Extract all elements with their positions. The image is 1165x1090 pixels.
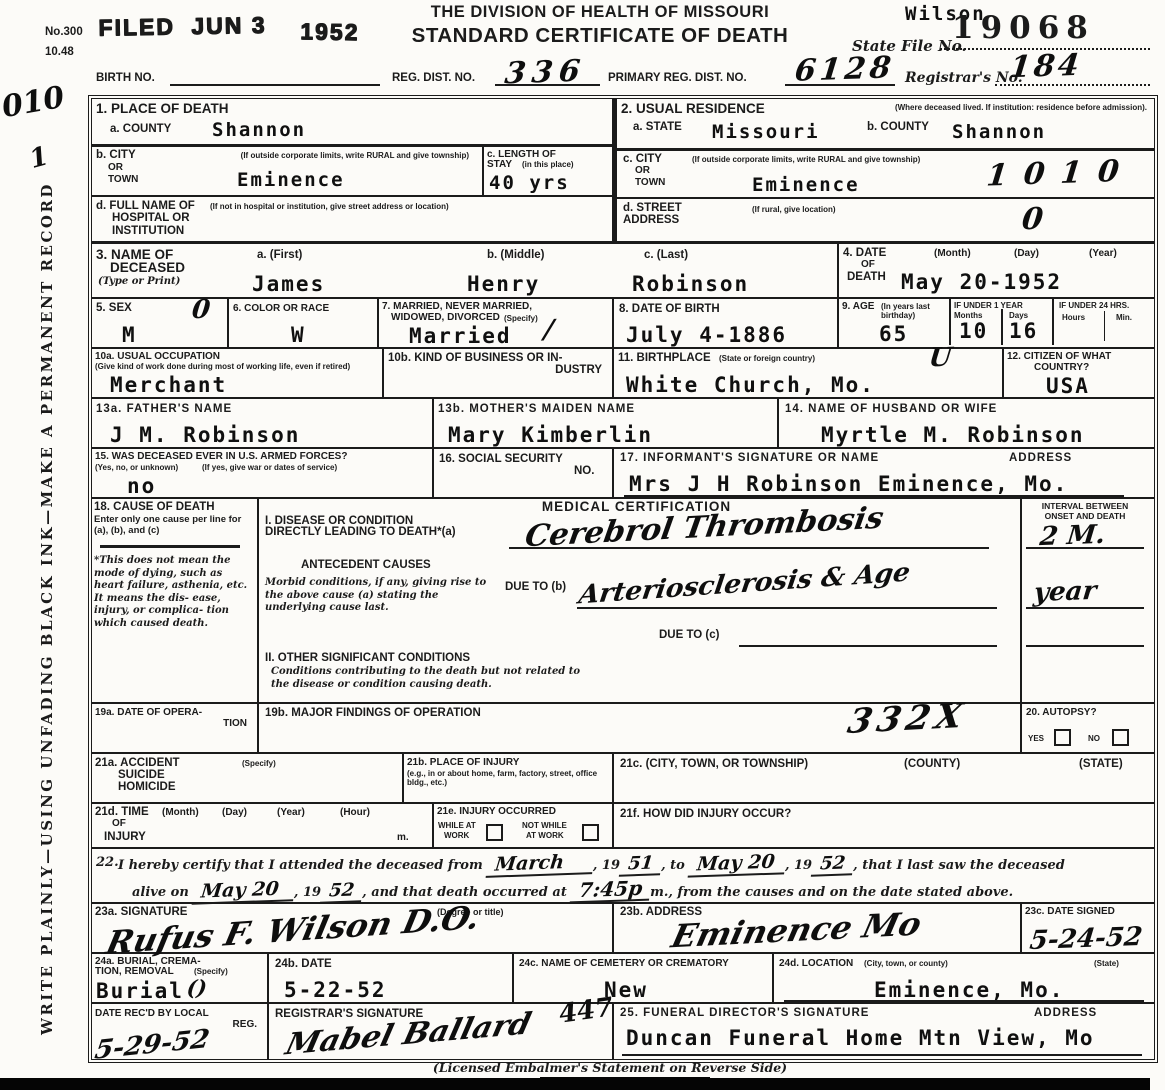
certificate-form: 1. PLACE OF DEATH a. COUNTY Shannon b. C… bbox=[88, 95, 1158, 1063]
margin-handwritten-mark: 010 bbox=[0, 83, 67, 123]
s21c-label: 21c. (CITY, TOWN, OR TOWNSHIP) bbox=[620, 758, 808, 771]
s14-label: 14. NAME OF HUSBAND OR WIFE bbox=[785, 403, 997, 416]
s12-l1: 12. CITIZEN OF WHAT bbox=[1007, 351, 1111, 363]
field-name-of-deceased: 3. NAME OF DECEASED (Type or Print) a. (… bbox=[92, 244, 839, 299]
s24d-label: 24d. LOCATION bbox=[779, 958, 853, 970]
recd-value: 5-29-52 bbox=[93, 1026, 211, 1064]
s7-note: (Specify) bbox=[504, 314, 538, 323]
s21d-l2: OF bbox=[112, 818, 126, 830]
s9-note: (In years last birthday) bbox=[881, 302, 941, 320]
filed-stamp-date: JUN 3 bbox=[191, 11, 267, 38]
s19a-l2: TION bbox=[92, 718, 247, 730]
s1-title: 1. PLACE OF DEATH bbox=[96, 101, 608, 117]
s24d-underline bbox=[784, 1000, 1144, 1002]
field-registrar-signature: REGISTRAR'S SIGNATURE Mabel Ballard 447 bbox=[269, 1004, 614, 1059]
s21e-not-l2: AT WORK bbox=[526, 831, 564, 840]
s22-alive-value: May 20 bbox=[192, 879, 296, 905]
s24d-state-note: (State) bbox=[1094, 959, 1119, 968]
field-color-or-race: 6. COLOR OR RACE W bbox=[229, 299, 379, 349]
field-cemetery-name: 24c. NAME OF CEMETERY OR CREMATORY New bbox=[514, 954, 774, 1004]
s2-county-value: Shannon bbox=[952, 123, 1046, 142]
field-armed-forces: 15. WAS DECEASED EVER IN U.S. ARMED FORC… bbox=[92, 449, 434, 499]
s23a-label: 23a. SIGNATURE bbox=[95, 906, 187, 919]
s22-to-value: May 20 bbox=[688, 852, 787, 877]
primary-reg-dist-blank bbox=[785, 84, 895, 86]
field-physician-signature: 23a. SIGNATURE (Degree or title) Rufus F… bbox=[92, 904, 614, 954]
s2-c-l2: OR bbox=[635, 165, 650, 177]
med-interval-a-value: 2 M. bbox=[1038, 522, 1106, 550]
s17-value: Mrs J H Robinson Eminence, Mo. bbox=[629, 474, 1068, 495]
s19b-label: 19b. MAJOR FINDINGS OF OPERATION bbox=[265, 707, 481, 720]
s13a-value: J M. Robinson bbox=[110, 425, 300, 446]
med-ii-label: II. OTHER SIGNIFICANT CONDITIONS bbox=[265, 652, 470, 665]
s19b-handwritten: 332X bbox=[845, 699, 970, 739]
s21e-not-checkbox bbox=[582, 824, 599, 841]
s21c-county-label: (COUNTY) bbox=[904, 758, 960, 771]
s21a-l3: HOMICIDE bbox=[118, 781, 176, 794]
s9-months-value: 10 bbox=[959, 321, 988, 342]
s1-b-note: (If outside corporate limits, write RURA… bbox=[154, 151, 469, 160]
field-fathers-name: 13a. FATHER'S NAME J M. Robinson bbox=[92, 399, 434, 449]
s18-divider bbox=[100, 545, 240, 548]
s21a-note: (Specify) bbox=[242, 759, 276, 768]
s2-county-label: b. COUNTY bbox=[867, 121, 929, 134]
s24b-label: 24b. DATE bbox=[275, 958, 332, 971]
med-due-to-b-line bbox=[577, 607, 997, 609]
s4-month-label: (Month) bbox=[934, 248, 971, 260]
s25-address-label: ADDRESS bbox=[1034, 1007, 1097, 1020]
field-funeral-director: 25. FUNERAL DIRECTOR'S SIGNATURE ADDRESS… bbox=[614, 1004, 1154, 1059]
s4-l2: OF bbox=[861, 259, 875, 271]
s23c-value: 5-24-52 bbox=[1028, 924, 1143, 954]
regsig-handwritten-number: 447 bbox=[557, 994, 614, 1027]
field-cause-of-death-notes: 18. CAUSE OF DEATH Enter only one cause … bbox=[92, 499, 259, 704]
s9-under24-box: IF UNDER 24 HRS. Hours Min. bbox=[1052, 299, 1154, 345]
footer-note: (Licensed Embalmer's Statement on Revers… bbox=[400, 1060, 820, 1075]
med-interval-c-line bbox=[1026, 645, 1144, 647]
s2-street-handwritten: 0 bbox=[1020, 205, 1044, 236]
s21d-month: (Month) bbox=[162, 807, 199, 819]
s3-first-label: a. (First) bbox=[257, 249, 302, 262]
s1-b-l3: TOWN bbox=[108, 174, 138, 186]
s22-p5: , and that death occurred at bbox=[362, 885, 567, 900]
s3-middle-value: Henry bbox=[467, 274, 540, 295]
s3-l3: (Type or Print) bbox=[98, 276, 180, 289]
s5-label: 5. SEX bbox=[96, 302, 132, 315]
field-date-signed: 23c. DATE SIGNED 5-24-52 bbox=[1022, 904, 1154, 954]
s1-b-l1: b. CITY bbox=[96, 149, 136, 162]
s11-value: White Church, Mo. bbox=[626, 375, 875, 396]
s2-city-value: Eminence bbox=[752, 176, 860, 195]
s8-label: 8. DATE OF BIRTH bbox=[619, 303, 720, 316]
field-date-of-birth: 8. DATE OF BIRTH July 4-1886 bbox=[614, 299, 839, 349]
s25-label: 25. FUNERAL DIRECTOR'S SIGNATURE bbox=[620, 1007, 869, 1020]
s8-value: July 4-1886 bbox=[626, 325, 787, 346]
s2-c-note: (If outside corporate limits, write RURA… bbox=[692, 155, 920, 164]
s10b-l2: DUSTRY bbox=[384, 364, 602, 377]
s23c-label: 23c. DATE SIGNED bbox=[1025, 906, 1115, 918]
s13a-label: 13a. FATHER'S NAME bbox=[96, 403, 232, 416]
s9-months-days-divider bbox=[1001, 309, 1003, 345]
field-usual-residence: 2. USUAL RESIDENCE (Where deceased lived… bbox=[614, 99, 1154, 151]
s22-to-year: 52 bbox=[811, 854, 854, 876]
s1-d-l2: HOSPITAL OR bbox=[112, 212, 190, 225]
margin-handwritten-mark-2: 1 bbox=[27, 143, 51, 173]
field-citizenship: 12. CITIZEN OF WHAT COUNTRY? USA bbox=[1004, 349, 1154, 399]
birth-no-blank bbox=[170, 84, 380, 86]
s2-state-value: Missouri bbox=[712, 123, 820, 142]
field-length-of-stay: c. LENGTH OF STAY (in this place) 40 yrs bbox=[484, 147, 614, 197]
field-birthplace: 11. BIRTHPLACE (State or foreign country… bbox=[614, 349, 1004, 399]
s22-sep19b: , 19 bbox=[785, 858, 812, 873]
field-city-or-town-death: b. CITY OR TOWN (If outside corporate li… bbox=[92, 147, 484, 197]
med-due-to-b-label: DUE TO (b) bbox=[505, 581, 566, 594]
s17-label: 17. INFORMANT'S SIGNATURE OR NAME bbox=[620, 452, 879, 465]
s18-note2: *This does not mean the mode of dying, s… bbox=[94, 555, 249, 630]
s21b-label: 21b. PLACE OF INJURY bbox=[407, 757, 519, 769]
s22-p3: , that I last saw the deceased bbox=[853, 858, 1065, 873]
s21c-state-label: (STATE) bbox=[1079, 758, 1123, 771]
s6-value: W bbox=[291, 325, 306, 346]
s14-value: Myrtle M. Robinson bbox=[821, 425, 1085, 446]
s25-underline bbox=[622, 1054, 1142, 1056]
s1-b-l2: OR bbox=[108, 162, 123, 174]
registrars-no-leader bbox=[995, 84, 1150, 86]
med-interval-a-line bbox=[1026, 547, 1144, 549]
form-number: No.300 bbox=[45, 26, 83, 39]
field-date-of-death: 4. DATE OF DEATH (Month) (Day) (Year) Ma… bbox=[839, 244, 1154, 299]
interval-column: INTERVAL BETWEEN ONSET AND DEATH 2 M. ye… bbox=[1022, 499, 1154, 704]
s22-sep19c: , 19 bbox=[294, 885, 321, 900]
s15-label: 15. WAS DECEASED EVER IN U.S. ARMED FORC… bbox=[95, 451, 347, 463]
field-how-injury-occurred: 21f. HOW DID INJURY OCCUR? bbox=[614, 804, 1154, 849]
s24a-value: Burial bbox=[96, 981, 184, 1002]
s10a-value: Merchant bbox=[110, 375, 227, 396]
filed-stamp-word: FILED bbox=[98, 13, 175, 40]
s22-p2: , to bbox=[661, 858, 685, 873]
s21e-label: 21e. INJURY OCCURRED bbox=[437, 806, 556, 818]
s2-title-note: (Where deceased lived. If institution: r… bbox=[792, 103, 1147, 112]
field-injury-location: 21c. (CITY, TOWN, OR TOWNSHIP) (COUNTY) … bbox=[614, 754, 1154, 804]
field-marital-status: 7. MARRIED, NEVER MARRIED, WIDOWED, DIVO… bbox=[379, 299, 614, 349]
field-social-security-no: 16. SOCIAL SECURITY NO. bbox=[434, 449, 614, 499]
s13b-value: Mary Kimberlin bbox=[448, 425, 653, 446]
s5-handwritten-mark: 0 bbox=[191, 297, 212, 324]
s25-value: Duncan Funeral Home Mtn View, Mo bbox=[626, 1028, 1095, 1049]
s17-address-label: ADDRESS bbox=[1009, 452, 1072, 465]
s21e-not-l1: NOT WHILE bbox=[522, 821, 567, 830]
document-title-line1: THE DIVISION OF HEALTH OF MISSOURI bbox=[370, 3, 830, 22]
death-certificate-scan: No.300 10.48 010 1 WRITE PLAINLY—USING U… bbox=[0, 0, 1165, 1090]
s21d-day: (Day) bbox=[222, 807, 247, 819]
s1-county-value: Shannon bbox=[212, 121, 306, 140]
field-hospital-name: d. FULL NAME OF (If not in hospital or i… bbox=[92, 197, 614, 244]
field-street-address: d. STREET ADDRESS (If rural, give locati… bbox=[614, 199, 1154, 244]
field-kind-of-business: 10b. KIND OF BUSINESS OR IN- DUSTRY bbox=[384, 349, 614, 399]
s24c-label: 24c. NAME OF CEMETERY OR CREMATORY bbox=[519, 958, 729, 970]
field-mothers-maiden-name: 13b. MOTHER'S MAIDEN NAME Mary Kimberlin bbox=[434, 399, 779, 449]
s3-last-label: c. (Last) bbox=[644, 249, 688, 262]
s4-value: May 20-1952 bbox=[901, 272, 1062, 293]
field-cemetery-location: 24d. LOCATION (City, town, or county) (S… bbox=[774, 954, 1154, 1004]
s19a-l1: 19a. DATE OF OPERA- bbox=[95, 707, 202, 719]
s21d-m: m. bbox=[397, 832, 409, 844]
recd-l1: DATE REC'D BY LOCAL bbox=[95, 1008, 209, 1020]
field-burial-type: 24a. BURIAL, CREMA- TION, REMOVAL (Speci… bbox=[92, 954, 269, 1004]
s22-sep19a: , 19 bbox=[593, 858, 620, 873]
med-interval-b-value: year bbox=[1032, 578, 1097, 606]
s13b-label: 13b. MOTHER'S MAIDEN NAME bbox=[438, 403, 635, 416]
s20-no-checkbox bbox=[1112, 729, 1129, 746]
s1-d-l3: INSTITUTION bbox=[112, 225, 184, 238]
s1-city-value: Eminence bbox=[237, 171, 345, 190]
s7-value: Married bbox=[409, 326, 512, 347]
s20-yes-label: YES bbox=[1028, 734, 1044, 743]
s21d-hour: (Hour) bbox=[340, 807, 370, 819]
birth-no-label: BIRTH NO. bbox=[96, 72, 155, 85]
s1-county-label: a. COUNTY bbox=[110, 123, 171, 136]
s9-days-value: 16 bbox=[1009, 321, 1038, 342]
s7-l1: 7. MARRIED, NEVER MARRIED, bbox=[382, 301, 532, 313]
s6-label: 6. COLOR OR RACE bbox=[233, 303, 329, 315]
s21d-year: (Year) bbox=[277, 807, 305, 819]
s24b-value: 5-22-52 bbox=[284, 980, 387, 1001]
s17-underline bbox=[624, 495, 1124, 497]
s1-stay-value: 40 yrs bbox=[489, 174, 570, 193]
s3-last-value: Robinson bbox=[632, 274, 749, 295]
s20-label: 20. AUTOPSY? bbox=[1026, 707, 1097, 719]
filed-stamp-year: 1952 bbox=[300, 18, 360, 46]
margin-instruction-text: WRITE PLAINLY—USING UNFADING BLACK INK—M… bbox=[38, 175, 56, 1035]
s24d-value: Eminence, Mo. bbox=[874, 980, 1064, 1001]
s4-l3: DEATH bbox=[847, 271, 886, 284]
field-time-of-injury: 21d. TIME (Month) (Day) (Year) (Hour) OF… bbox=[92, 804, 434, 849]
s4-year-label: (Year) bbox=[1089, 248, 1117, 260]
med-antecedent-note: Morbid conditions, if any, giving rise t… bbox=[265, 577, 500, 615]
field-informant: 17. INFORMANT'S SIGNATURE OR NAME ADDRES… bbox=[614, 449, 1154, 499]
s2-title: 2. USUAL RESIDENCE bbox=[621, 101, 765, 117]
s22-from-value: March bbox=[485, 852, 594, 878]
form-number-2: 10.48 bbox=[45, 46, 74, 59]
field-husband-or-wife: 14. NAME OF HUSBAND OR WIFE Myrtle M. Ro… bbox=[779, 399, 1154, 449]
s23b-value: Eminence Mo bbox=[669, 908, 925, 953]
s10a-note: (Give kind of work done during most of w… bbox=[95, 362, 375, 371]
s20-yes-checkbox bbox=[1054, 729, 1071, 746]
field-major-findings: 19b. MAJOR FINDINGS OF OPERATION 332X bbox=[259, 704, 1022, 754]
s3-middle-label: b. (Middle) bbox=[487, 249, 545, 262]
field-age: 9. AGE (In years last birthday) 65 IF UN… bbox=[839, 299, 1154, 349]
med-ii-note: Conditions contributing to the death but… bbox=[271, 666, 601, 691]
s15-note2: (If yes, give war or dates of service) bbox=[202, 463, 337, 472]
med-due-to-b-value: Arteriosclerosis & Age bbox=[577, 560, 912, 609]
reg-dist-label: REG. DIST. NO. bbox=[392, 72, 475, 85]
s2-c-l3: TOWN bbox=[635, 177, 665, 189]
state-file-no-value: 19068 bbox=[952, 10, 1095, 46]
s11-note: (State or foreign country) bbox=[719, 354, 815, 363]
field-date-received: DATE REC'D BY LOCAL REG. 5-29-52 bbox=[92, 1004, 269, 1059]
s22-time-value: 7:45p bbox=[570, 878, 652, 904]
s21e-while-l1: WHILE AT bbox=[438, 821, 476, 830]
s21e-while-checkbox bbox=[486, 824, 503, 841]
s1-d-note: (If not in hospital or institution, give… bbox=[210, 202, 610, 211]
s22-p1: I hereby certify that I attended the dec… bbox=[118, 858, 483, 873]
med-i-l2: DIRECTLY LEADING TO DEATH*(a) bbox=[265, 526, 456, 539]
s21d-l3: INJURY bbox=[104, 831, 146, 844]
s12-l2: COUNTRY? bbox=[1034, 362, 1089, 374]
s24a-handwritten: () bbox=[186, 977, 208, 999]
reg-dist-blank bbox=[495, 84, 600, 86]
s15-value: no bbox=[127, 476, 156, 497]
s2-state-label: a. STATE bbox=[633, 121, 682, 134]
s9-min-label: Min. bbox=[1116, 313, 1132, 322]
s9-hours-label: Hours bbox=[1062, 313, 1085, 322]
s21f-label: 21f. HOW DID INJURY OCCUR? bbox=[620, 808, 791, 821]
s22-line1: I hereby certify that I attended the dec… bbox=[118, 854, 1148, 876]
s24d-note: (City, town, or county) bbox=[864, 959, 948, 968]
s15-note1: (Yes, no, or unknown) bbox=[95, 463, 178, 472]
document-title-line2: STANDARD CERTIFICATE OF DEATH bbox=[370, 24, 830, 48]
s22-line2: alive on May 20, 1952, and that death oc… bbox=[132, 879, 1142, 903]
s1-c-l2: STAY bbox=[487, 159, 512, 171]
s7-handwritten-mark: / bbox=[543, 317, 555, 343]
s9-under1-box: IF UNDER 1 YEAR Months Days 10 16 bbox=[949, 299, 1054, 345]
med-cause-a-line bbox=[509, 547, 989, 549]
s1-c-note: (in this place) bbox=[522, 160, 574, 169]
s2-city-handwritten: 1010 bbox=[985, 156, 1136, 191]
s22-num: 22. bbox=[96, 855, 119, 870]
s22-p4: alive on bbox=[132, 885, 189, 900]
field-usual-occupation: 10a. USUAL OCCUPATION (Give kind of work… bbox=[92, 349, 384, 399]
s18-note1: Enter only one cause per line for (a), (… bbox=[94, 515, 246, 537]
field-autopsy: 20. AUTOPSY? YES NO bbox=[1022, 704, 1154, 754]
s16-l1: 16. SOCIAL SECURITY bbox=[439, 453, 563, 466]
bottom-black-bar bbox=[0, 1078, 1150, 1090]
s22-alive-year: 52 bbox=[320, 881, 363, 903]
s21b-note: (e.g., in or about home, farm, factory, … bbox=[407, 769, 602, 787]
s5-value: M bbox=[122, 325, 137, 346]
field-city-or-town-residence: c. CITY OR TOWN (If outside corporate li… bbox=[614, 151, 1154, 199]
med-interval-b-line bbox=[1026, 607, 1144, 609]
med-due-to-c-label: DUE TO (c) bbox=[659, 629, 720, 642]
field-accident-suicide-homicide: 21a. ACCIDENT SUICIDE HOMICIDE (Specify) bbox=[92, 754, 404, 804]
s9-hours-min-divider bbox=[1104, 311, 1105, 341]
medical-certification-section: MEDICAL CERTIFICATION I. DISEASE OR COND… bbox=[259, 499, 1022, 704]
s10a-label: 10a. USUAL OCCUPATION bbox=[95, 351, 220, 363]
s12-value: USA bbox=[1046, 376, 1090, 397]
s11-label: 11. BIRTHPLACE bbox=[618, 352, 711, 365]
primary-reg-dist-label: PRIMARY REG. DIST. NO. bbox=[608, 72, 747, 85]
field-place-of-death: 1. PLACE OF DEATH a. COUNTY Shannon bbox=[92, 99, 614, 147]
registrars-no-value: 184 bbox=[1008, 51, 1083, 83]
s21e-while-l2: WORK bbox=[444, 831, 469, 840]
s16-l2: NO. bbox=[574, 465, 594, 478]
primary-reg-dist-value: 6128 bbox=[793, 53, 896, 86]
s18-label: 18. CAUSE OF DEATH bbox=[94, 501, 215, 514]
s22-from-year: 51 bbox=[619, 854, 662, 876]
filed-stamp: FILED JUN 3 1952 bbox=[98, 10, 360, 42]
s20-no-label: NO bbox=[1088, 734, 1100, 743]
s11-handwritten-mark: U bbox=[928, 345, 954, 372]
med-title: MEDICAL CERTIFICATION bbox=[259, 499, 1014, 515]
field-sex: 5. SEX 0 M bbox=[92, 299, 229, 349]
med-due-to-c-line bbox=[739, 645, 997, 647]
s24a-l2: TION, REMOVAL bbox=[95, 966, 174, 978]
field-physician-address: 23b. ADDRESS Eminence Mo bbox=[614, 904, 1022, 954]
s2-d-note: (If rural, give location) bbox=[752, 205, 836, 214]
field-place-of-injury: 21b. PLACE OF INJURY (e.g., in or about … bbox=[404, 754, 614, 804]
med-antecedent-label: ANTECEDENT CAUSES bbox=[301, 559, 431, 572]
s22-p6: m., from the causes and on the date stat… bbox=[650, 885, 1013, 900]
s9-value: 65 bbox=[879, 324, 908, 345]
s2-d-l2: ADDRESS bbox=[623, 214, 679, 227]
field-injury-occurred: 21e. INJURY OCCURRED WHILE AT WORK NOT W… bbox=[434, 804, 614, 849]
field-burial-date: 24b. DATE 5-22-52 bbox=[269, 954, 514, 1004]
s3-first-value: James bbox=[252, 274, 325, 295]
s9-under24-label: IF UNDER 24 HRS. bbox=[1059, 301, 1129, 310]
field-date-of-operation: 19a. DATE OF OPERA- TION bbox=[92, 704, 259, 754]
s3-l2: DECEASED bbox=[110, 260, 185, 276]
s7-l2: WIDOWED, DIVORCED bbox=[391, 312, 500, 324]
field-certification-statement: 22. I hereby certify that I attended the… bbox=[92, 849, 1154, 904]
s4-day-label: (Day) bbox=[1014, 248, 1039, 260]
s9-label: 9. AGE bbox=[842, 301, 874, 313]
